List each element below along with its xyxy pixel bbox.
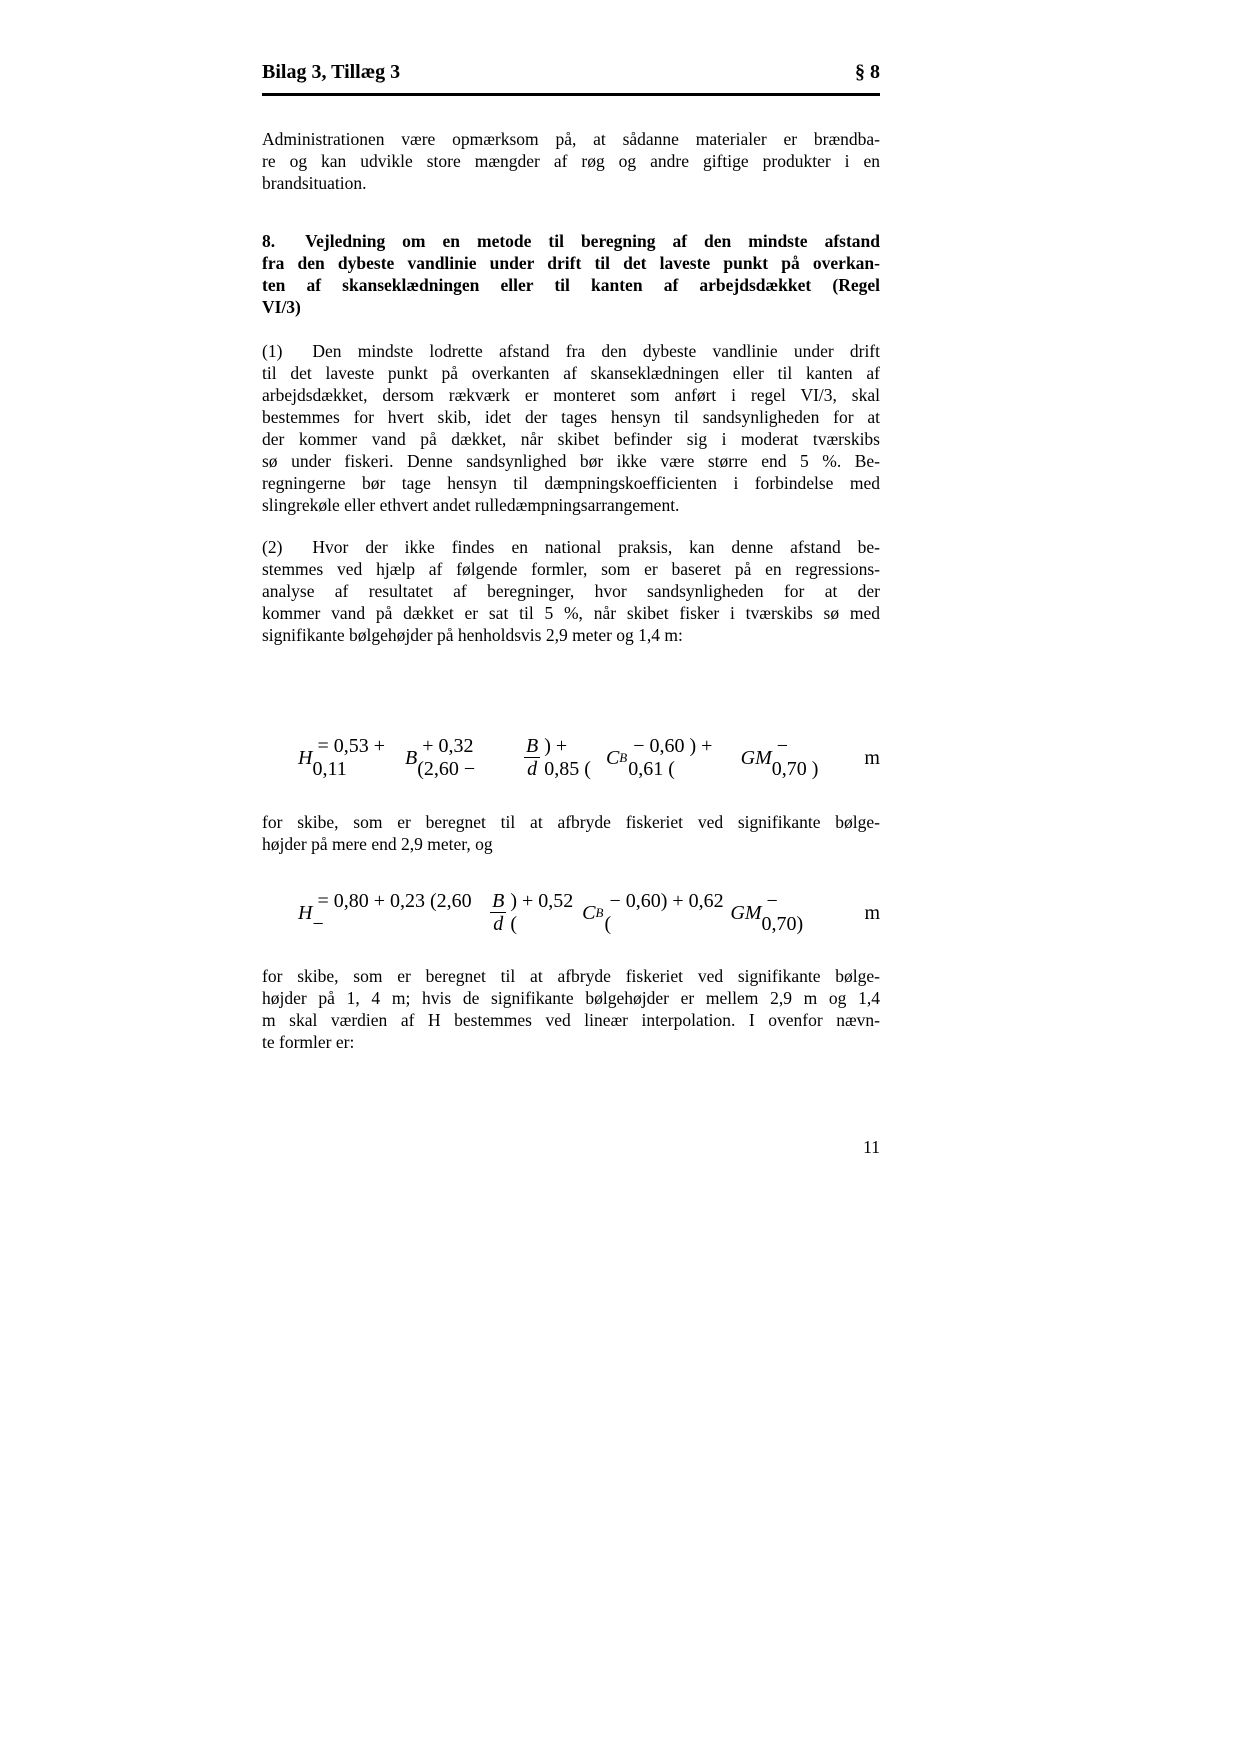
intro-paragraph: Administrationen være opmærksom på, at s… <box>262 128 880 194</box>
paragraph-2: (2)Hvor der ikke findes en national prak… <box>262 536 880 646</box>
formula-2: H = 0,80 + 0,23 (2,60 − Bd) + 0,52 (CB −… <box>262 873 880 953</box>
page-number: 11 <box>262 1137 880 1158</box>
paragraph-1: (1)Den mindste lodrette afstand fra den … <box>262 340 880 516</box>
formula-after-text: for skibe, som er beregnet til at afbryd… <box>262 965 880 1053</box>
formula-1: H = 0,53 + 0,11B + 0,32 (2,60 − Bd) + 0,… <box>262 718 880 798</box>
header-left-title: Bilag 3, Tillæg 3 <box>262 60 400 84</box>
header-rule <box>262 93 880 96</box>
section-8-heading: 8.Vejledning om en metode til beregning … <box>262 230 880 318</box>
page-content: Bilag 3, Tillæg 3 § 8 Administrationen v… <box>262 60 880 1158</box>
page-header: Bilag 3, Tillæg 3 § 8 <box>262 60 880 84</box>
header-section-number: § 8 <box>855 60 880 84</box>
formula-between-text: for skibe, som er beregnet til at afbryd… <box>262 811 880 855</box>
document-page: Bilag 3, Tillæg 3 § 8 Administrationen v… <box>0 0 1240 1754</box>
